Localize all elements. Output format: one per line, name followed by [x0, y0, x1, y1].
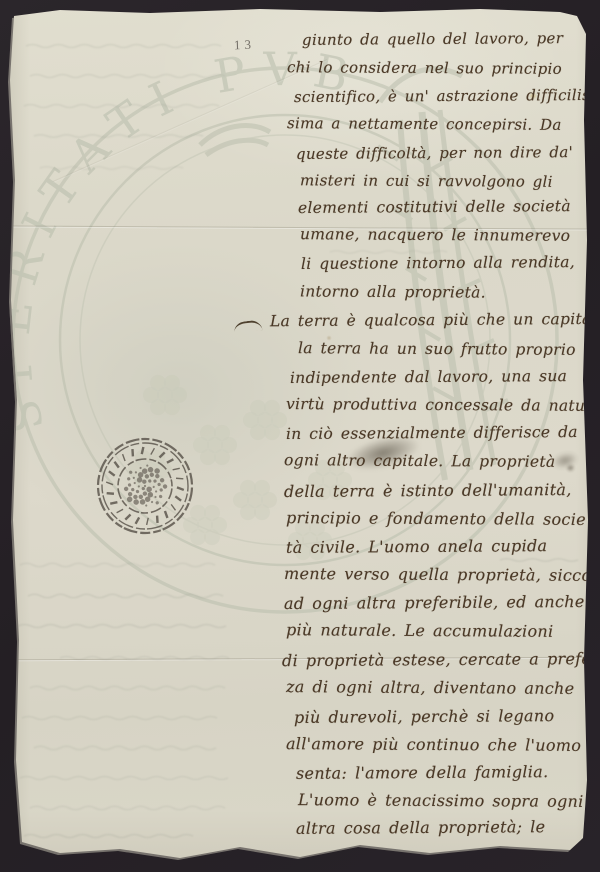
paper-wrap: SPERITATI PVB: [0, 0, 600, 872]
manuscript-line: mente verso quella proprietà, siccome: [284, 564, 600, 585]
manuscript-line: queste difficoltà, per non dire da': [296, 143, 573, 163]
manuscript-line: tà civile. L'uomo anela cupida: [286, 536, 547, 557]
manuscript-line: più durevoli, perchè si legano: [294, 706, 555, 727]
photo-backdrop: SPERITATI PVB: [0, 0, 600, 872]
stamp-center-emblem: [120, 461, 171, 511]
manuscript-line: altra cosa della proprietà; le: [296, 817, 546, 838]
manuscript-line: indipendente dal lavoro, una sua: [290, 367, 567, 387]
manuscript-line: sima a nettamente concepirsi. Da: [287, 114, 562, 134]
manuscript-line: umane, nacquero le innumerevo: [300, 225, 570, 245]
manuscript-line: della terra è istinto dell'umanità,: [284, 480, 572, 501]
manuscript-line: L'uomo è tenacissimo sopra ogni: [298, 790, 584, 811]
manuscript-line: in ciò essenzialmente differisce da: [286, 423, 578, 443]
manuscript-line: misteri in cui si ravvolgono gli: [300, 171, 553, 191]
handwritten-text-column: giunto da quello del lavoro, per chi lo …: [292, 0, 592, 872]
manuscript-page: SPERITATI PVB: [0, 0, 600, 872]
manuscript-line: più naturale. Le accumulazioni: [286, 620, 554, 641]
manuscript-line: ad ogni altra preferibile, ed anche: [284, 592, 585, 613]
manuscript-line: elementi costitutivi delle società: [298, 197, 571, 217]
manuscript-line: La terra è qualcosa più che un capitale:: [270, 310, 600, 330]
manuscript-line: chi lo considera nel suo principio: [287, 58, 562, 78]
manuscript-line: senta: l'amore della famiglia.: [296, 762, 549, 783]
manuscript-line: li questione intorno alla rendita,: [301, 253, 575, 273]
page-number: 13: [234, 37, 256, 54]
manuscript-line: za di ogni altra, diventano anche: [286, 677, 575, 698]
stamp-ring-text-illegible: [98, 439, 192, 533]
manuscript-line: intorno alla proprietà.: [300, 282, 486, 301]
manuscript-line: giunto da quello del lavoro, per: [302, 29, 563, 49]
manuscript-line: la terra ha un suo frutto proprio: [298, 339, 576, 359]
manuscript-line: all'amore più continuo che l'uomo: [286, 734, 581, 755]
manuscript-line: ogni altro capitale. La proprietà: [284, 451, 556, 471]
manuscript-line: virtù produttiva concessale da natura: [286, 395, 600, 415]
manuscript-line: scientifico, è un' astrazione difficilis: [294, 86, 590, 106]
watermark-wing: [200, 126, 270, 155]
manuscript-line: di proprietà estese, cercate a preferen: [282, 649, 600, 670]
manuscript-line: principio e fondamento della socie: [286, 508, 586, 529]
paragraph-mark: [233, 319, 262, 333]
